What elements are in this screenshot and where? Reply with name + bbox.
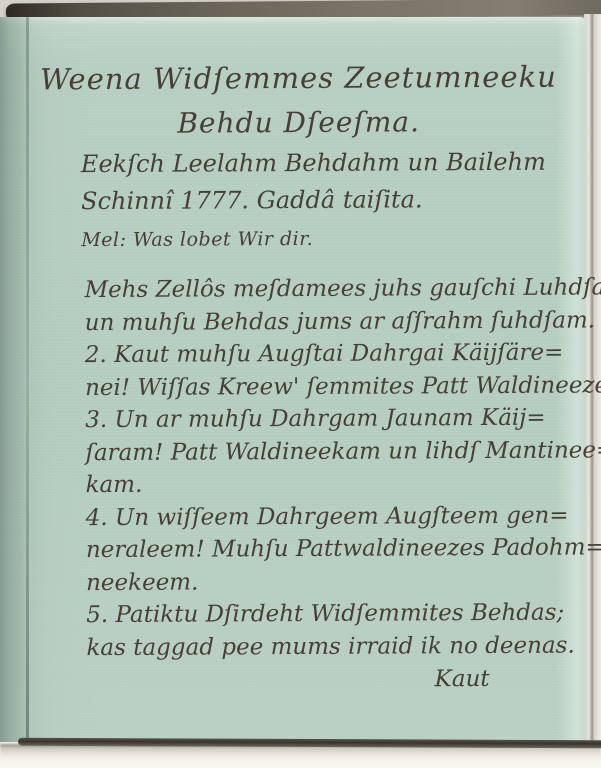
- stanza-5-line-1: 5. Patiktu Dſirdeht Widſemmites Behdas;: [31, 597, 571, 632]
- poem-title-line-1: Weena Widſemmes Zeetumneeku: [28, 54, 568, 103]
- poem-title-line-2: Behdu Dſeeſma.: [29, 100, 569, 147]
- catchword: Kaut: [32, 662, 572, 699]
- stanza-5-line-2: kas taggad pee mums irraid ik no deenas.: [31, 629, 571, 664]
- stanza-1-line-1: Mehs Zellôs meſdamees juhs gauſchi Luhdſ…: [29, 272, 569, 307]
- stanza-3-line-3: kam.: [30, 467, 570, 502]
- stanza-2-line-2: nei! Wiſſas Kreew' ſemmites Patt Waldine…: [30, 369, 570, 404]
- melody-reference-line: Mel: Was lobet Wir dir.: [29, 218, 569, 261]
- stanza-3-line-1: 3. Un ar muhſu Dahrgam Jaunam Käij=: [30, 402, 570, 437]
- poem-subtitle-line-2: Schinnî 1777. Gaddâ taiſita.: [29, 181, 569, 221]
- manuscript-text-block: Weena Widſemmes Zeetumneeku Behdu Dſeeſm…: [28, 54, 571, 699]
- stanza-2-line-1: 2. Kaut muhſu Augſtai Dahrgai Käijſäre=: [30, 337, 570, 372]
- stanza-4-line-3: neekeem.: [31, 564, 571, 599]
- stanza-3-line-2: ſaram! Patt Waldineekam un lihdſ Mantine…: [30, 434, 570, 469]
- stanza-4-line-1: 4. Un wiſſeem Dahrgeem Augſteem gen=: [31, 499, 571, 534]
- book-page: Weena Widſemmes Zeetumneeku Behdu Dſeeſm…: [0, 17, 586, 742]
- stanza-1-line-2: un muhſu Behdas jums ar aſſrahm ſuhdſam.: [30, 304, 570, 339]
- stanza-4-line-2: neraleem! Muhſu Pattwaldineezes Padohm=: [31, 532, 571, 567]
- poem-subtitle-line-1: Eekſch Leelahm Behdahm un Bailehm: [29, 144, 569, 184]
- scanned-book-photo: Weena Widſemmes Zeetumneeku Behdu Dſeeſm…: [0, 0, 601, 768]
